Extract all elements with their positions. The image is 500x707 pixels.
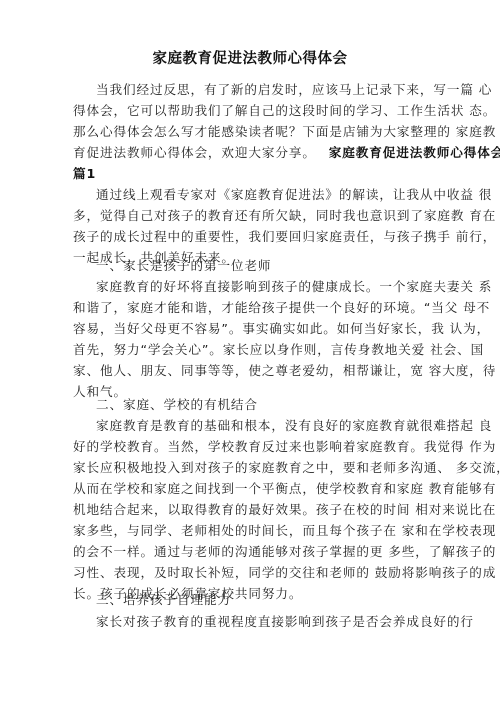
intro-line: 那么心得体会怎么写才能感染读者呢？下面是店铺为大家整理的 家庭教 [73, 124, 433, 140]
intro-line-with-heading: 育促进法教师心得体会，欢迎大家分享。 家庭教育促进法教师心得体会 [73, 145, 433, 161]
intro-line: 育促进法教师心得体会，欢迎大家分享。 [73, 145, 316, 160]
document-title: 家庭教育促进法教师心得体会 [0, 47, 500, 68]
paragraph-line: 容易，当好父母更不容易”。事实确实如此。如何当好家长，我 认为， [73, 321, 433, 337]
paragraph-line: 家长对孩子教育的重视程度直接影响到孩子是否会养成良好的行 [96, 614, 433, 630]
section-heading-3: 三、培养孩子自理能力 [96, 592, 433, 608]
paragraph-line: 家庭教育是教育的基础和根本，没有良好的家庭教育就很难搭起 良 [96, 418, 433, 434]
paragraph-line: 通过线上观看专家对《家庭教育促进法》的解读，让我从中收益 很 [96, 187, 433, 203]
section-heading-2: 二、家庭、学校的有机结合 [96, 397, 433, 413]
paragraph-line: 多，觉得自己对孩子的教育还有所欠缺，同时我也意识到了家庭教 育在 [73, 208, 433, 224]
paragraph-line: 孩子的成长过程中的重要性，我们要回归家庭责任，与孩子携手 前行， [73, 229, 433, 245]
paragraph-line: 机地结合起来，以取得教育的最好效果。孩子在校的时间 相对来说比在 [73, 502, 433, 518]
intro-line: 得体会，它可以帮助我们了解自己的这段时间的学习、工作生活状 态。 [73, 103, 433, 119]
paragraph-line: 家庭教育的好坏将直接影响到孩子的健康成长。一个家庭夫妻关 系 [96, 279, 433, 295]
section-heading-1: 一、家长是孩子的第一位老师 [96, 258, 433, 274]
paragraph-line: 好的学校教育。当然，学校教育反过来也影响着家庭教育。我觉得 作为 [73, 439, 433, 455]
paragraph-line: 从而在学校和家庭之间找到一个平衡点，使学校教育和家庭 教育能够有 [73, 481, 433, 497]
intro-line: 当我们经过反思，有了新的启发时，应该马上记录下来，写一篇 心 [96, 82, 433, 98]
paragraph-line: 习性、表现，及时取长补短，同学的交往和老师的 鼓励将影响孩子的成 [73, 565, 433, 581]
paragraph-line: 的会不一样。通过与老师的沟通能够对孩子掌握的更 多些，了解孩子的 [73, 544, 433, 560]
paragraph-line: 首先，努力“学会关心”。家长应以身作则，言传身教地关爱 社会、国 [73, 342, 433, 358]
paragraph-line: 和谐了，家庭才能和谐，才能给孩子提供一个良好的环境。“当父 母不 [73, 300, 433, 316]
article-heading-number: 篇1 [73, 166, 433, 182]
article-heading: 家庭教育促进法教师心得体会 [329, 145, 500, 160]
document-page: 家庭教育促进法教师心得体会 当我们经过反思，有了新的启发时，应该马上记录下来，写… [0, 0, 500, 707]
paragraph-line: 家多些，与同学、老师相处的时间长，而且每个孩子在 家和在学校表现 [73, 523, 433, 539]
paragraph-line: 家、他人、朋友、同事等等，使之尊老爱幼，相帮谦让，宽 容大度，待 [73, 363, 433, 379]
paragraph-line: 家长应积极地投入到对孩子的家庭教育之中，要和老师多沟通、 多交流， [73, 460, 433, 476]
